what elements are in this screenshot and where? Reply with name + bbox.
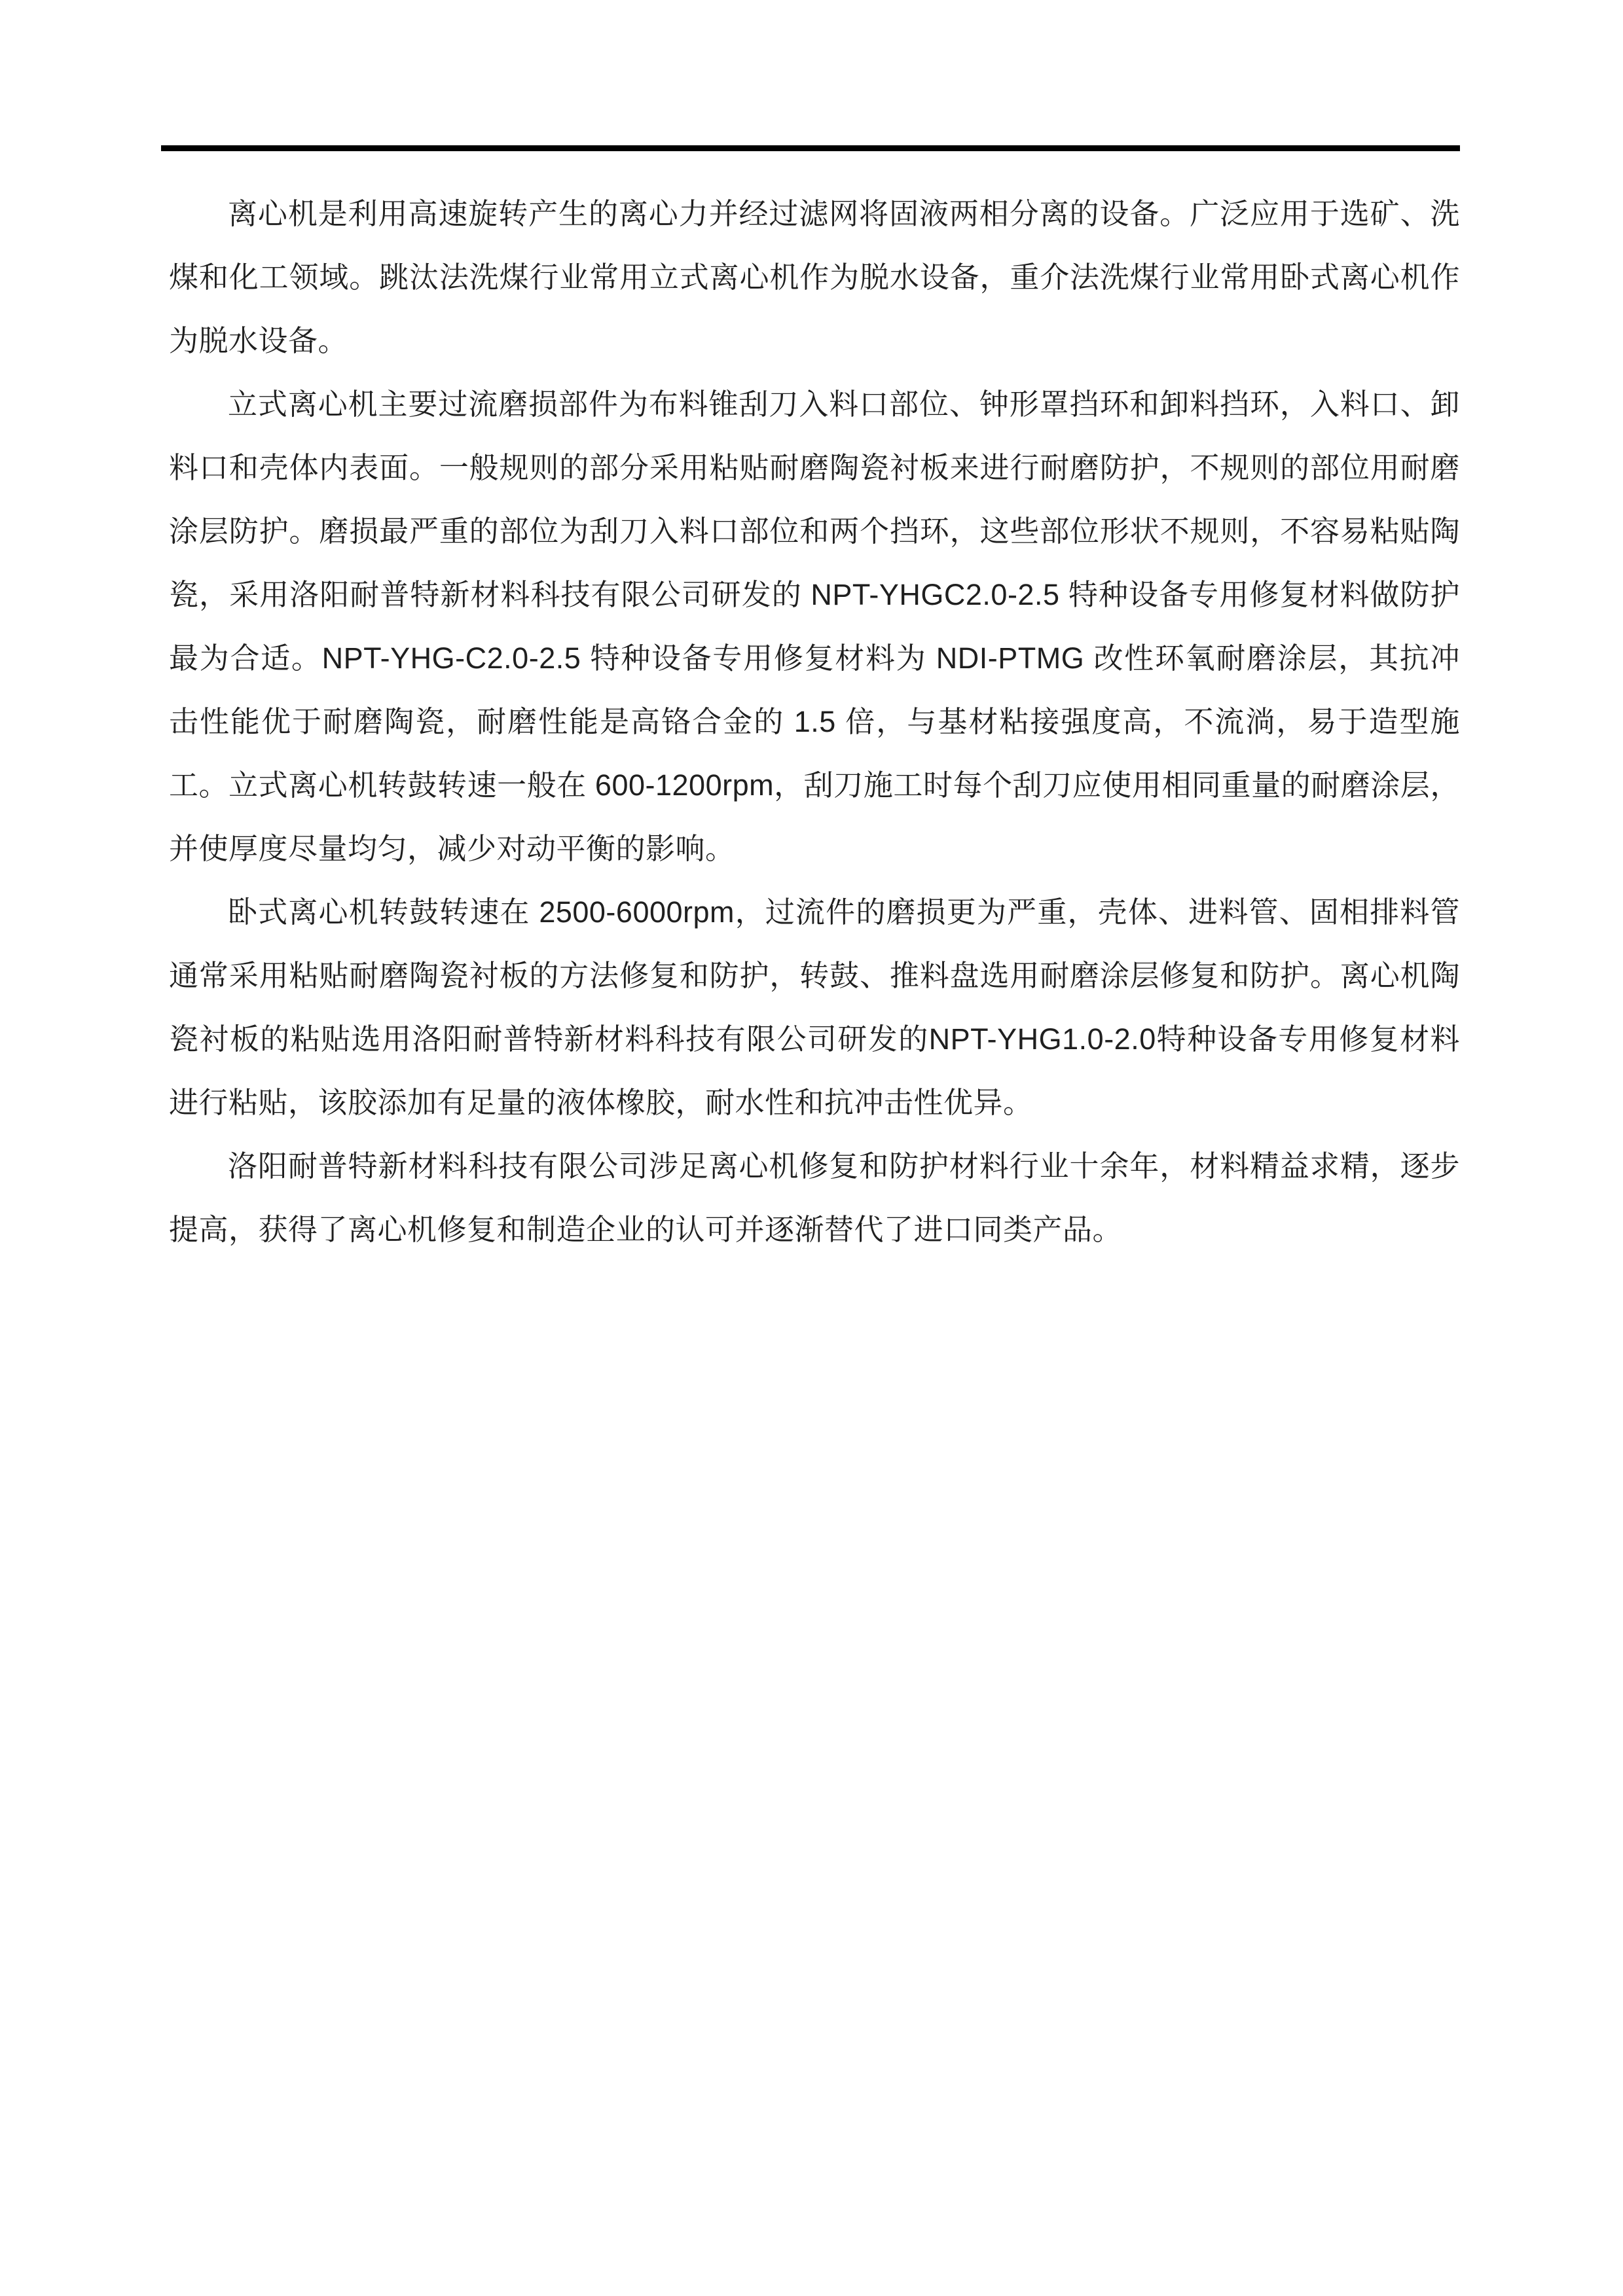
document-body: 离心机是利用高速旋转产生的离心力并经过滤网将固液两相分离的设备。广泛应用于选矿、…	[169, 182, 1460, 1261]
paragraph-vertical-centrifuge: 立式离心机主要过流磨损部件为布料锥刮刀入料口部位、钟形罩挡环和卸料挡环，入料口、…	[169, 372, 1460, 880]
document-page: 离心机是利用高速旋转产生的离心力并经过滤网将固液两相分离的设备。广泛应用于选矿、…	[0, 0, 1623, 2296]
header-rule	[161, 145, 1460, 151]
paragraph-horizontal-centrifuge: 卧式离心机转鼓转速在 2500-6000rpm，过流件的磨损更为严重，壳体、进料…	[169, 880, 1460, 1134]
paragraph-company-summary: 洛阳耐普特新材料科技有限公司涉足离心机修复和防护材料行业十余年，材料精益求精，逐…	[169, 1134, 1460, 1261]
paragraph-intro: 离心机是利用高速旋转产生的离心力并经过滤网将固液两相分离的设备。广泛应用于选矿、…	[169, 182, 1460, 372]
